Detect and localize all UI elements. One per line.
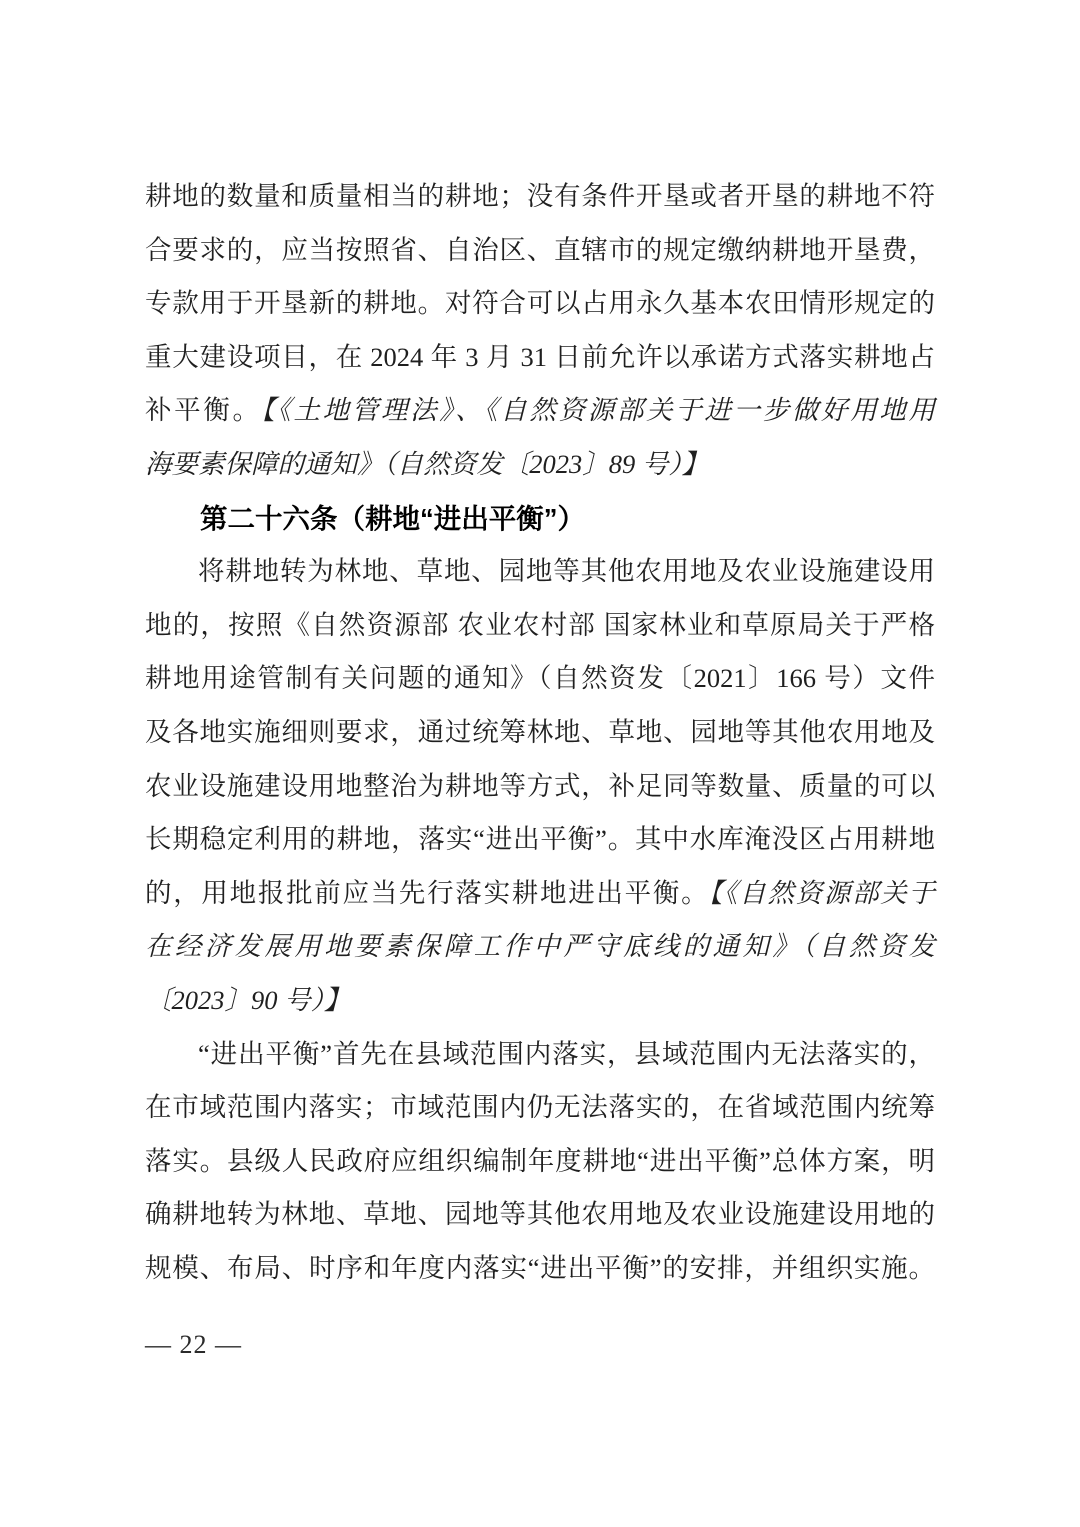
body-text: 重大建设项目，在 2024 年 3 月 31 日前允许以承诺方式落实耕地占 <box>145 342 935 372</box>
body-text: 耕地用途管制有关问题的通知》（自然资发〔2021〕166 号）文件 <box>145 663 935 693</box>
citation-text: 【《土地管理法》、《自然资源部关于进一步做好用地用 <box>262 395 935 425</box>
body-text: 地的，按照《自然资源部 农业农村部 国家林业和草原局关于严格 <box>145 610 935 640</box>
text-line: 〔2023〕90 号）】 <box>145 974 935 1028</box>
text-line: 确耕地转为林地、草地、园地等其他农用地及农业设施建设用地的 <box>145 1188 935 1242</box>
body-text: 在市域范围内落实；市域范围内仍无法落实的，在省域范围内统筹 <box>145 1092 935 1122</box>
text-line: 在市域范围内落实；市域范围内仍无法落实的，在省域范围内统筹 <box>145 1081 935 1135</box>
body-text: 合要求的，应当按照省、自治区、直辖市的规定缴纳耕地开垦费， <box>145 235 935 265</box>
page-number: — 22 — <box>145 1330 242 1359</box>
text-line: 在经济发展用地要素保障工作中严守底线的通知》（自然资发 <box>145 920 935 974</box>
body-text: 专款用于开垦新的耕地。对符合可以占用永久基本农田情形规定的 <box>145 288 935 318</box>
section-heading: 第二十六条（耕地“进出平衡”） <box>145 492 935 546</box>
page-body: 耕地的数量和质量相当的耕地；没有条件开垦或者开垦的耕地不符合要求的，应当按照省、… <box>145 170 935 1295</box>
text-line: 规模、布局、时序和年度内落实“进出平衡”的安排，并组织实施。 <box>145 1242 935 1296</box>
body-text: 将耕地转为林地、草地、园地等其他农用地及农业设施建设用 <box>198 556 935 586</box>
page-footer: — 22 — <box>145 1329 935 1361</box>
body-text: 规模、布局、时序和年度内落实“进出平衡”的安排，并组织实施。 <box>145 1253 935 1283</box>
text-line: 的，用地报批前应当先行落实耕地进出平衡。【《自然资源部关于 <box>145 867 935 921</box>
body-text: 耕地的数量和质量相当的耕地；没有条件开垦或者开垦的耕地不符 <box>145 181 935 211</box>
text-line: “进出平衡”首先在县域范围内落实，县域范围内无法落实的， <box>145 1028 935 1082</box>
body-text: 的，用地报批前应当先行落实耕地进出平衡。 <box>145 878 709 908</box>
body-text: 第二十六条（耕地“进出平衡”） <box>200 503 585 534</box>
text-line: 耕地的数量和质量相当的耕地；没有条件开垦或者开垦的耕地不符 <box>145 170 935 224</box>
body-text: 确耕地转为林地、草地、园地等其他农用地及农业设施建设用地的 <box>145 1199 935 1229</box>
text-line: 及各地实施细则要求，通过统筹林地、草地、园地等其他农用地及 <box>145 706 935 760</box>
text-line: 补平衡。【《土地管理法》、《自然资源部关于进一步做好用地用 <box>145 384 935 438</box>
text-line: 合要求的，应当按照省、自治区、直辖市的规定缴纳耕地开垦费， <box>145 224 935 278</box>
document-page: 耕地的数量和质量相当的耕地；没有条件开垦或者开垦的耕地不符合要求的，应当按照省、… <box>0 0 1080 1527</box>
body-text: 补平衡。 <box>145 395 262 425</box>
citation-text: 【《自然资源部关于 <box>709 878 935 908</box>
text-line: 海要素保障的通知》（自然资发〔2023〕89 号）】 <box>145 438 935 492</box>
text-line: 长期稳定利用的耕地，落实“进出平衡”。其中水库淹没区占用耕地 <box>145 813 935 867</box>
body-text: 落实。县级人民政府应组织编制年度耕地“进出平衡”总体方案，明 <box>145 1146 935 1176</box>
citation-text: 海要素保障的通知》（自然资发〔2023〕89 号）】 <box>145 449 708 479</box>
text-line: 农业设施建设用地整治为耕地等方式，补足同等数量、质量的可以 <box>145 760 935 814</box>
text-line: 重大建设项目，在 2024 年 3 月 31 日前允许以承诺方式落实耕地占 <box>145 331 935 385</box>
body-text: 及各地实施细则要求，通过统筹林地、草地、园地等其他农用地及 <box>145 717 935 747</box>
text-line: 落实。县级人民政府应组织编制年度耕地“进出平衡”总体方案，明 <box>145 1135 935 1189</box>
text-line: 地的，按照《自然资源部 农业农村部 国家林业和草原局关于严格 <box>145 599 935 653</box>
body-text: 农业设施建设用地整治为耕地等方式，补足同等数量、质量的可以 <box>145 771 935 801</box>
body-text: “进出平衡”首先在县域范围内落实，县域范围内无法落实的， <box>198 1039 935 1069</box>
text-line: 专款用于开垦新的耕地。对符合可以占用永久基本农田情形规定的 <box>145 277 935 331</box>
text-line: 耕地用途管制有关问题的通知》（自然资发〔2021〕166 号）文件 <box>145 652 935 706</box>
text-line: 将耕地转为林地、草地、园地等其他农用地及农业设施建设用 <box>145 545 935 599</box>
citation-text: 在经济发展用地要素保障工作中严守底线的通知》（自然资发 <box>145 931 935 961</box>
body-text: 长期稳定利用的耕地，落实“进出平衡”。其中水库淹没区占用耕地 <box>145 824 935 854</box>
citation-text: 〔2023〕90 号）】 <box>145 985 350 1015</box>
